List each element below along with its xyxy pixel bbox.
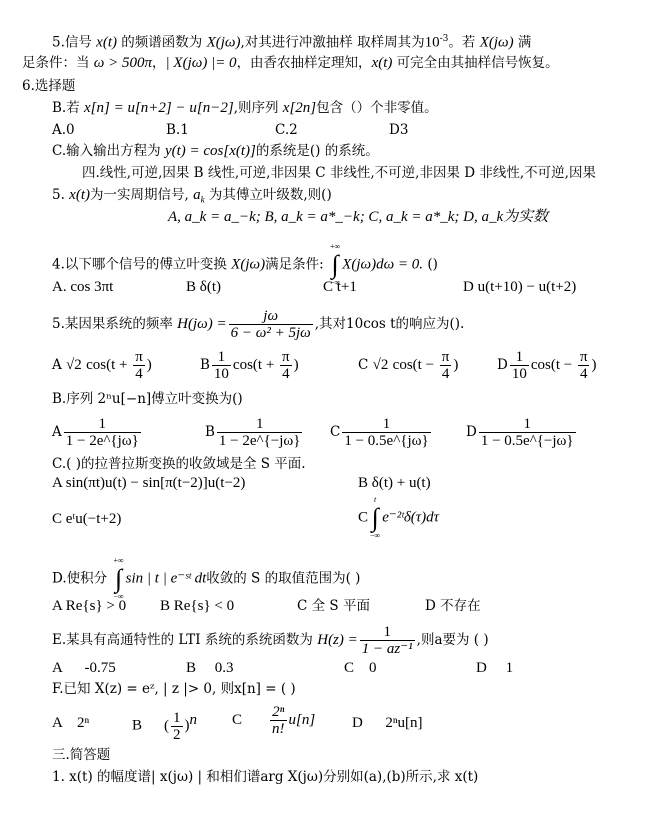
text: 5.信号	[52, 35, 96, 51]
text: ，由香农抽样定理知，	[237, 55, 372, 71]
close: )	[453, 357, 458, 373]
option-b: B11 − 2e^{−jω}	[205, 412, 304, 452]
close: )	[147, 357, 152, 373]
fraction: π4	[440, 349, 452, 382]
math-Xjw: X(jω)	[480, 35, 514, 51]
option-b: B(12)n	[132, 700, 197, 746]
text: 满足条件:	[265, 257, 328, 273]
option-c: C 全 S 平面	[297, 597, 370, 615]
text: 4.以下哪个信号的傅立叶变换	[52, 257, 231, 273]
coef: √2	[66, 357, 82, 373]
math-integrand: X(jω)dω = 0.	[342, 257, 423, 273]
option-c: C.2	[275, 121, 298, 139]
numerator: 2ⁿ	[270, 704, 286, 720]
option-c: C t+1	[323, 278, 357, 296]
option-d: Ct∫−∞e⁻²ᵗδ(τ)dτ	[358, 495, 439, 541]
label: A	[52, 357, 62, 373]
arg: cos(t −	[393, 357, 438, 373]
fraction: jω6 − ω² + 5jω	[229, 308, 313, 341]
section-6-title: 6.选择题	[22, 77, 75, 95]
option-b: B110cos(t + π4)	[200, 345, 299, 385]
text: 5.某因果系统的频率	[52, 316, 177, 332]
option-d: D11 − 0.5e^{−jω}	[466, 412, 578, 452]
option-b: B δ(t) + u(t)	[358, 474, 431, 492]
math-xt: x(t)	[96, 35, 117, 51]
numerator: 1	[97, 416, 109, 432]
math-H: H(z) =	[317, 632, 358, 648]
denominator: 1 − 2e^{−jω}	[217, 432, 303, 449]
text: 满	[514, 35, 532, 51]
text: 可完全由其抽样信号恢复。	[392, 55, 558, 71]
period-base: 10	[425, 35, 440, 51]
numerator: π	[280, 349, 292, 365]
question-c1: C.输入输出方程为 y(t) = cos[x(t)]的系统是() 的系统。	[52, 142, 379, 160]
text: ,则序列	[234, 100, 283, 116]
integral-icon: t∫−∞	[370, 495, 380, 541]
option-a: A -0.75	[52, 659, 116, 677]
denominator: 1 − 2e^{jω}	[64, 432, 141, 449]
option-d: D 不存在	[425, 597, 481, 615]
numerator: π	[578, 349, 590, 365]
option-a: A 2ⁿ	[52, 714, 89, 732]
denominator: n!	[270, 720, 287, 737]
option-b: B Re{s} < 0	[160, 597, 234, 615]
text: ，	[152, 55, 166, 71]
close: )	[294, 357, 299, 373]
text: ,其对10cos t的响应为().	[315, 316, 465, 332]
denominator: 4	[440, 365, 452, 382]
fraction: 110	[212, 349, 231, 382]
label: C	[358, 357, 368, 373]
label: C	[330, 424, 340, 440]
fraction: 11 − 2e^{−jω}	[217, 416, 303, 449]
option-c: C2ⁿn!u[n]	[232, 700, 315, 740]
option-b: B 0.3	[186, 659, 234, 677]
text: 为一实周期信号,	[90, 187, 193, 203]
section-3-title: 三.简答题	[52, 746, 110, 764]
numerator: 1	[171, 710, 183, 726]
numerator: 1	[521, 416, 533, 432]
numerator: 1	[216, 349, 228, 365]
text: 包含（）个非零值。	[316, 100, 438, 116]
math-H: H(jω) =	[177, 316, 226, 332]
fraction: π4	[280, 349, 292, 382]
close: )	[592, 357, 597, 373]
question-e: E.某具有高通特性的 LTI 系统的系统函数为 H(z) =11 − az⁻¹,…	[52, 620, 489, 660]
text: 为其傅立叶级数,则()	[205, 187, 332, 203]
math-eq: y(t) = cos[x(t)]	[165, 143, 256, 159]
option-a: A11 − 2e^{jω}	[52, 412, 143, 452]
denominator: 1 − 0.5e^{−jω}	[479, 432, 576, 449]
integrand: e⁻²ᵗδ(τ)dτ	[382, 510, 439, 526]
question-b2: B.序列 2ⁿu[−n]傅立叶变换为()	[52, 390, 243, 408]
label: B	[200, 357, 210, 373]
option-d: D110cos(t − π4)	[497, 345, 597, 385]
q5-fill-line2: 足条件：当 ω > 500π，| X(jω) |= 0，由香农抽样定理知，x(t…	[22, 54, 559, 72]
question-5-series-options: A, a_k = a_−k; B, a_k = a*_−k; C, a_k = …	[168, 208, 548, 226]
denominator: 10	[510, 365, 529, 382]
fraction: π4	[133, 349, 145, 382]
text: 的频谱函数为	[117, 35, 207, 51]
math-cond: ω > 500π	[94, 55, 152, 71]
text: 收敛的 S 的取值范围为( )	[206, 571, 360, 587]
option-c: C √2 cos(t − π4)	[358, 345, 458, 385]
integral-icon: +∞∫−∞	[113, 556, 123, 602]
arg: cos(t −	[531, 357, 576, 373]
denominator: 1 − az⁻¹	[360, 640, 415, 657]
math-ak: a	[193, 187, 201, 203]
text: 足条件：当	[22, 55, 94, 71]
label: C	[232, 712, 242, 728]
denominator: 1 − 0.5e^{jω}	[342, 432, 430, 449]
fraction: 110	[510, 349, 529, 382]
option-d: D 1	[476, 659, 513, 677]
fraction: 11 − 2e^{jω}	[64, 416, 141, 449]
math-Xjw: X(jω)	[231, 257, 265, 273]
label: B	[205, 424, 215, 440]
fraction: 2ⁿn!	[270, 704, 287, 737]
text: 。若	[448, 35, 479, 51]
denominator: 6 − ω² + 5jω	[229, 324, 313, 341]
numerator: 1	[381, 624, 393, 640]
text: D.使积分	[52, 571, 111, 587]
label: D	[466, 424, 477, 440]
numerator: 1	[254, 416, 266, 432]
arg: cos(t +	[86, 357, 131, 373]
question-c2: C.( )的拉普拉斯变换的收敛域是全 S 平面.	[52, 455, 306, 473]
numerator: 1	[381, 416, 393, 432]
text: C.输入输出方程为	[52, 143, 165, 159]
option-d: D 2ⁿu[n]	[352, 714, 423, 732]
option-a: A Re{s} > 0	[52, 597, 126, 615]
numerator: π	[133, 349, 145, 365]
label: D	[497, 357, 508, 373]
math-seq: x[2n]	[283, 100, 316, 116]
fraction: 11 − 0.5e^{−jω}	[479, 416, 576, 449]
numerator: 1	[514, 349, 526, 365]
option-a: A. cos 3πt	[52, 278, 113, 296]
option-a: A.0	[52, 121, 75, 139]
math-xt: x(t)	[372, 55, 393, 71]
numerator: jω	[261, 308, 280, 324]
fraction: π4	[578, 349, 590, 382]
fraction: 11 − az⁻¹	[360, 624, 415, 657]
question-b1: B.若 x[n] = u[n+2] − u[n−2],则序列 x[2n]包含（）…	[52, 99, 438, 117]
option-a: A √2 cos(t + π4)	[52, 345, 152, 385]
question-5-series: 5. x(t)为一实周期信号, ak 为其傅立叶级数,则()	[52, 186, 332, 209]
question-d: D.使积分 +∞∫−∞sin | t | e⁻ˢᵗ dt收敛的 S 的取值范围为…	[52, 556, 360, 602]
text: ,对其进行冲激抽样 取样周其为	[241, 35, 425, 51]
option-c: C eᵗu(−t+2)	[52, 510, 121, 528]
option-d: D u(t+10) − u(t+2)	[463, 278, 576, 296]
text: ,则a要为 ( )	[417, 632, 489, 648]
tail: u[n]	[289, 712, 316, 728]
question-f: F.已知 X(z) = eᶻ, | z |> 0, 则x[n] = ( )	[52, 680, 296, 698]
label: B	[132, 718, 142, 734]
fraction: 11 − 0.5e^{jω}	[342, 416, 430, 449]
numerator: π	[440, 349, 452, 365]
option-b: B δ(t)	[186, 278, 221, 296]
text: 的系统是() 的系统。	[256, 143, 379, 159]
arg: cos(t +	[233, 357, 278, 373]
q5-fill-line1: 5.信号 x(t) 的频谱函数为 X(jω),对其进行冲激抽样 取样周其为10-…	[52, 30, 531, 52]
math-Xjw: X(jω)	[207, 35, 241, 51]
label: A	[52, 424, 62, 440]
denominator: 10	[212, 365, 231, 382]
int-lower: −∞	[370, 531, 380, 541]
denominator: 4	[578, 365, 590, 382]
denominator: 2	[171, 726, 183, 743]
option-a: A sin(πt)u(t) − sin[π(t−2)]u(t−2)	[52, 474, 245, 492]
question-c1-options: 四.线性,可逆,因果 B 线性,可逆,非因果 C 非线性,不可逆,非因果 D 非…	[82, 164, 596, 182]
option-b: B.1	[166, 121, 189, 139]
option-c: C11 − 0.5e^{jω}	[330, 412, 433, 452]
label: C	[358, 510, 368, 526]
exponent: n	[190, 712, 198, 728]
question-5-freq: 5.某因果系统的频率 H(jω) =jω6 − ω² + 5jω,其对10cos…	[52, 304, 464, 344]
text: E.某具有高通特性的 LTI 系统的系统函数为	[52, 632, 317, 648]
math-xt: x(t)	[69, 187, 90, 203]
option-d: D3	[389, 121, 408, 139]
fraction: 12	[171, 710, 183, 743]
math-abs: | X(jω) |= 0	[166, 55, 237, 71]
text: B.若	[52, 100, 84, 116]
denominator: 4	[133, 365, 145, 382]
text: ()	[423, 257, 438, 273]
integrand: sin | t | e⁻ˢᵗ dt	[126, 571, 207, 587]
text: 5.	[52, 187, 69, 203]
denominator: 4	[280, 365, 292, 382]
option-c: C 0	[344, 659, 377, 677]
question-3-1: 1. x(t) 的幅度谱| x(jω) | 和相们谱arg X(jω)分别如(a…	[52, 768, 478, 786]
coef: √2	[373, 357, 389, 373]
math-eq: x[n] = u[n+2] − u[n−2]	[84, 100, 234, 116]
